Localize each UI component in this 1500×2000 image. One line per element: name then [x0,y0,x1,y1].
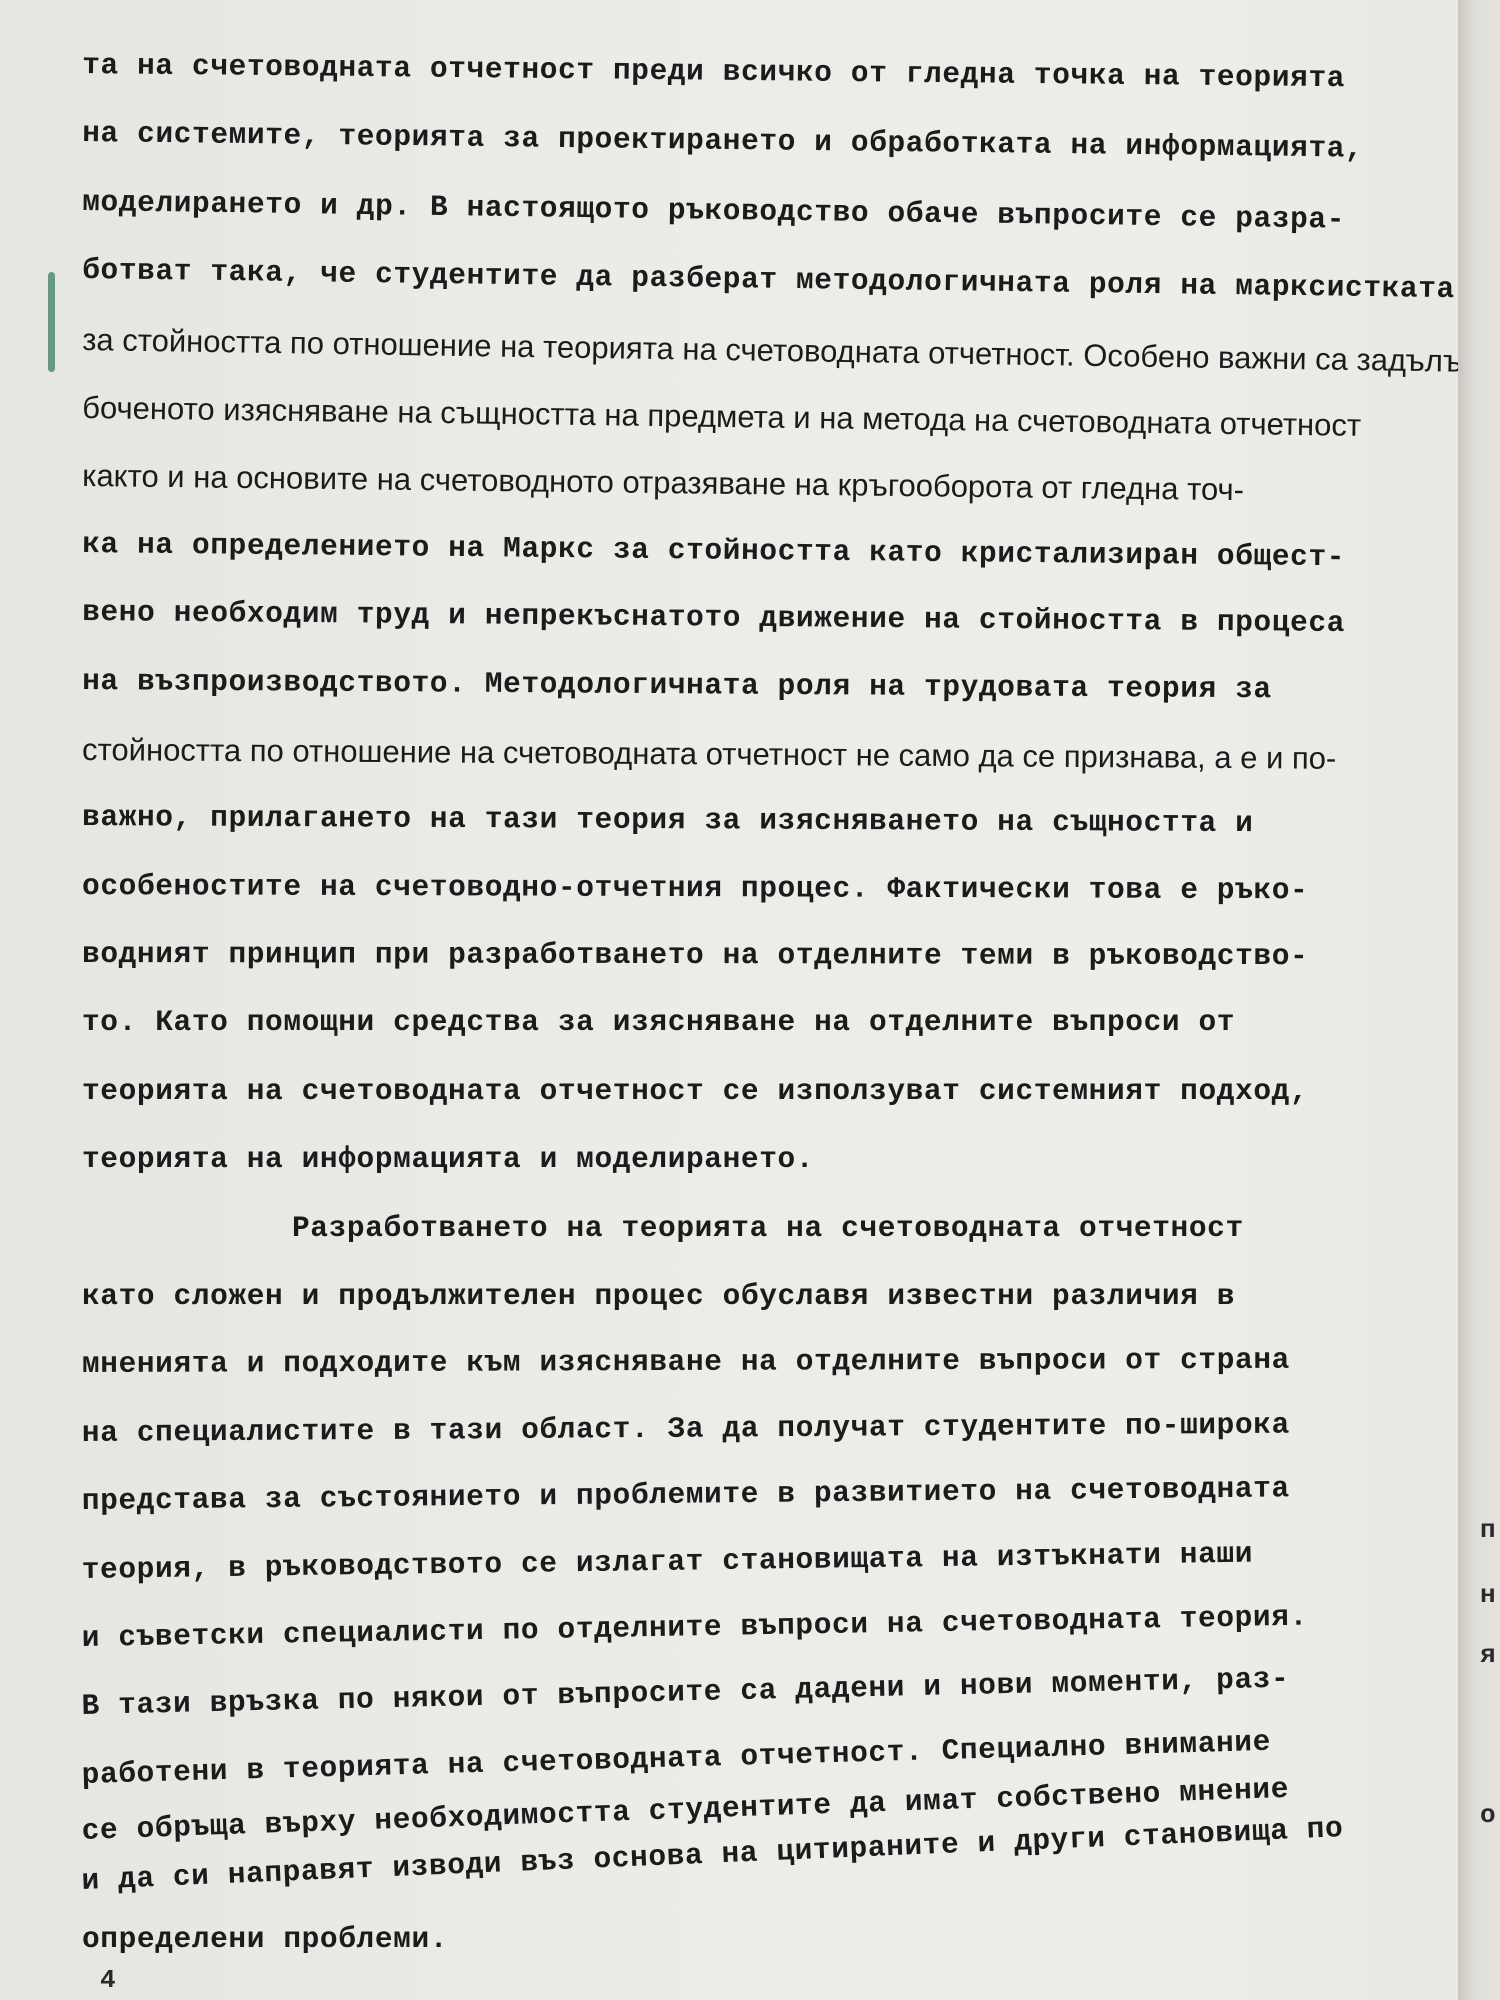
margin-pen-mark [48,272,55,372]
text-line: определени проблеми. [82,1922,1442,1990]
adjacent-page-fragment: о [1480,1800,1496,1830]
adjacent-page-fragment: н [1480,1580,1496,1610]
page-number: 4 [100,1965,116,1995]
text-line: на възпроизводството. Методологичната ро… [82,664,1442,742]
adjacent-page-fragment: я [1480,1640,1496,1670]
adjacent-page-fragment: п [1480,1515,1496,1545]
text-line: то. Като помощни средства за изясняване … [82,1005,1442,1073]
text-line: водният принцип при разработването на от… [82,937,1442,1008]
text-line: важно, прилагането на тази теория за изя… [82,800,1442,876]
text-line: като сложен и продължителен процес обусл… [82,1279,1442,1347]
text-line: стойността по отношение на счетоводната … [82,732,1442,810]
text-line: вено необходим труд и непрекъснатото дви… [82,595,1443,675]
text-line: теорията на счетоводната отчетност се из… [82,1074,1442,1142]
text-line: мненията и подходите към изясняване на о… [82,1343,1442,1416]
body-text: та на счетоводната отчетност преди всичк… [82,48,1442,1990]
text-line: Разработването на теорията на счетоводна… [82,1211,1442,1279]
text-line: теорията на информацията и моделирането. [82,1142,1442,1210]
adjacent-page-edge: п н я о [1458,0,1500,2000]
text-line: особеностите на счетоводно-отчетния проц… [82,869,1442,942]
document-page: та на счетоводната отчетност преди всичк… [0,0,1458,2000]
